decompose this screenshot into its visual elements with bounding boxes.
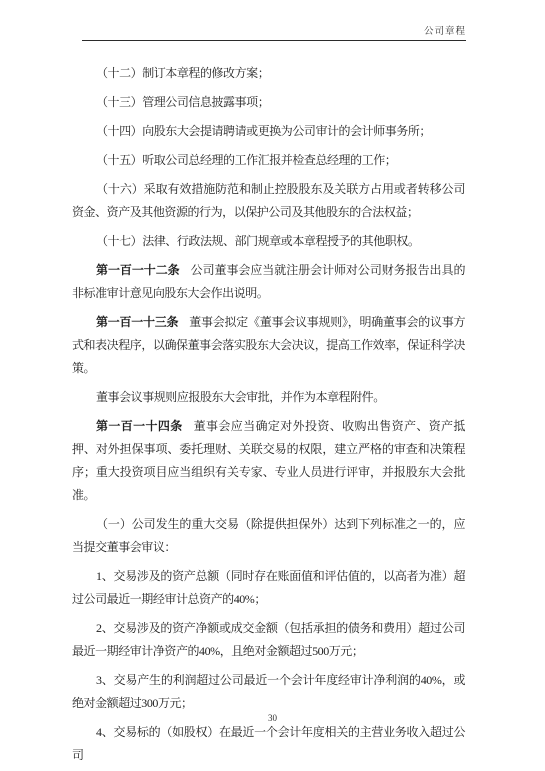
paragraph: （十四）向股东大会提请聘请或更换为公司审计的会计师事务所； — [72, 117, 465, 146]
paragraph-text: 3、交易产生的利润超过公司最近一个会计年度经审计净利润的40%，或绝对金额超过3… — [72, 673, 465, 710]
paragraph: （十三）管理公司信息披露事项； — [72, 88, 465, 117]
paragraph-text: （十五）听取公司总经理的工作汇报并检查总经理的工作； — [96, 153, 396, 167]
paragraph-text: （十二）制订本章程的修改方案； — [96, 66, 269, 80]
paragraph-text: 2、交易涉及的资产净额或成交金额（包括承担的债务和费用）超过公司最近一期经审计净… — [72, 621, 465, 658]
paragraph: 董事会议事规则应报股东大会审批，并作为本章程附件。 — [72, 383, 465, 412]
paragraph: （十七）法律、行政法规、部门规章或本章程授予的其他职权。 — [72, 227, 465, 256]
page-number: 30 — [268, 713, 277, 723]
paragraph-text: 1、交易涉及的资产总额（同时存在账面值和评估值的，以高者为准）超过公司最近一期经… — [72, 569, 465, 606]
paragraph: （一）公司发生的重大交易（除提供担保外）达到下列标准之一的，应当提交董事会审议： — [72, 510, 465, 562]
header-divider — [82, 40, 466, 41]
paragraph-text: （十七）法律、行政法规、部门规章或本章程授予的其他职权。 — [96, 234, 419, 248]
document-body: （十二）制订本章程的修改方案； （十三）管理公司信息披露事项； （十四）向股东大… — [72, 62, 465, 770]
paragraph-article-114: 第一百一十四条董事会应当确定对外投资、收购出售资产、资产抵押、对外担保事项、委托… — [72, 412, 465, 510]
paragraph-text: （十四）向股东大会提请聘请或更换为公司审计的会计师事务所； — [96, 124, 431, 138]
article-number: 第一百一十二条 — [96, 263, 180, 277]
paragraph-text: （十三）管理公司信息披露事项； — [96, 95, 269, 109]
paragraph-article-112: 第一百一十二条公司董事会应当就注册会计师对公司财务报告出具的非标准审计意见向股东… — [72, 256, 465, 308]
list-item: 2、交易涉及的资产净额或成交金额（包括承担的债务和费用）超过公司最近一期经审计净… — [72, 614, 465, 666]
page-footer: 30 — [0, 713, 545, 723]
article-number: 第一百一十三条 — [96, 315, 178, 329]
paragraph-text: 董事会议事规则应报股东大会审批，并作为本章程附件。 — [96, 390, 385, 404]
list-item: 3、交易产生的利润超过公司最近一个会计年度经审计净利润的40%，或绝对金额超过3… — [72, 666, 465, 718]
document-page: 公司章程 （十二）制订本章程的修改方案； （十三）管理公司信息披露事项； （十四… — [0, 0, 545, 771]
page-header: 公司章程 — [82, 23, 466, 41]
article-number: 第一百一十四条 — [96, 419, 183, 433]
paragraph: （十二）制订本章程的修改方案； — [72, 62, 465, 88]
paragraph: （十五）听取公司总经理的工作汇报并检查总经理的工作； — [72, 146, 465, 175]
paragraph-article-113: 第一百一十三条董事会拟定《董事会议事规则》，明确董事会的议事方式和表决程序，以确… — [72, 308, 465, 383]
paragraph-text: （十六）采取有效措施防范和制止控股股东及关联方占用或者转移公司资金、资产及其他资… — [72, 182, 465, 219]
list-item: 4、交易标的（如股权）在最近一个会计年度相关的主营业务收入超过公司 — [72, 718, 465, 770]
paragraph-text: （一）公司发生的重大交易（除提供担保外）达到下列标准之一的，应当提交董事会审议： — [72, 517, 465, 554]
header-title: 公司章程 — [82, 23, 466, 40]
paragraph-text: 4、交易标的（如股权）在最近一个会计年度相关的主营业务收入超过公司 — [72, 725, 465, 762]
paragraph: （十六）采取有效措施防范和制止控股股东及关联方占用或者转移公司资金、资产及其他资… — [72, 175, 465, 227]
list-item: 1、交易涉及的资产总额（同时存在账面值和评估值的，以高者为准）超过公司最近一期经… — [72, 562, 465, 614]
